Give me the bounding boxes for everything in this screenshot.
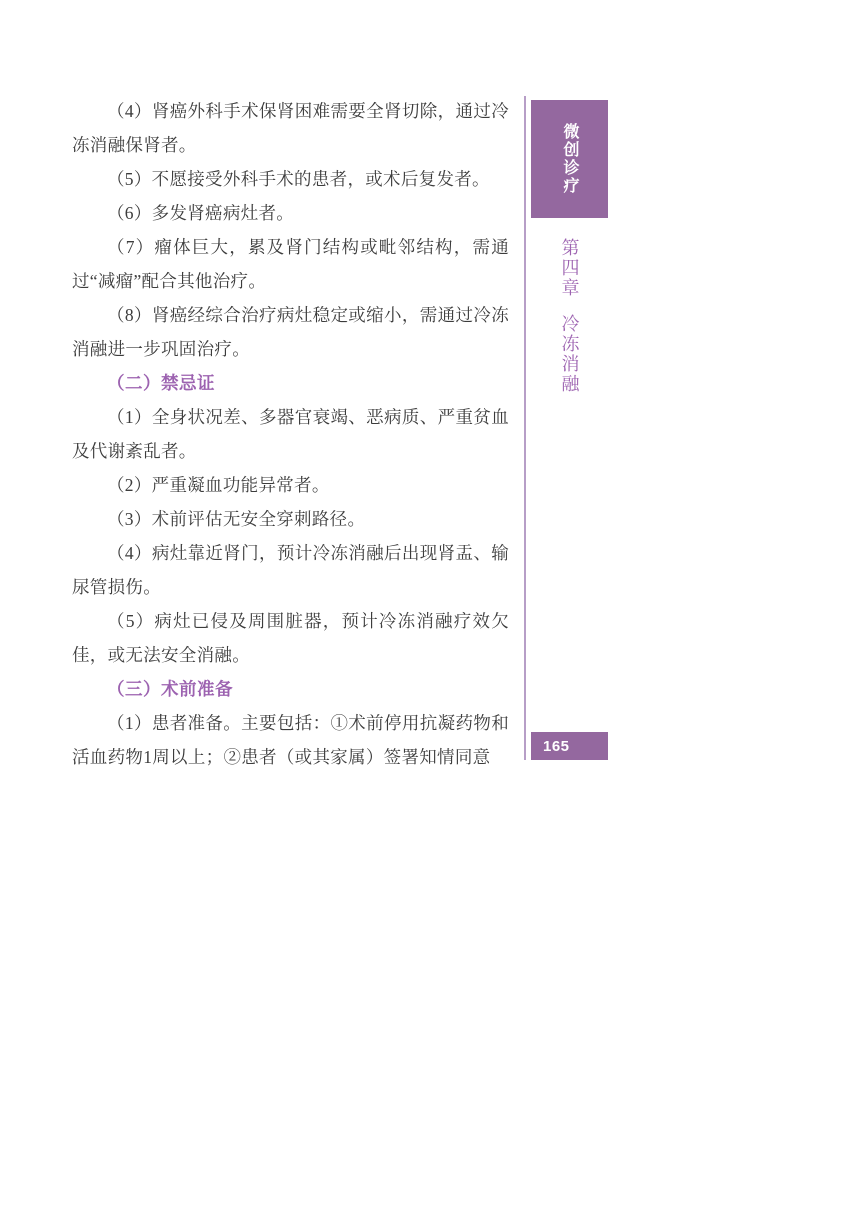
book-title-tab: 微创诊疗 bbox=[531, 100, 608, 218]
paragraph-indication-8: （8）肾癌经综合治疗病灶稳定或缩小，需通过冷冻消融进一步巩固治疗。 bbox=[72, 298, 509, 366]
chapter-title-label: 冷冻消融 bbox=[557, 314, 583, 394]
section-heading-preoperative-preparation: （三）术前准备 bbox=[72, 672, 509, 706]
paragraph-indication-7: （7）瘤体巨大，累及肾门结构或毗邻结构，需通过“减瘤”配合其他治疗。 bbox=[72, 230, 509, 298]
paragraph-indication-6: （6）多发肾癌病灶者。 bbox=[72, 196, 509, 230]
paragraph-preparation-1: （1）患者准备。主要包括：①术前停用抗凝药物和活血药物1周以上；②患者（或其家属… bbox=[72, 706, 509, 774]
paragraph-contraindication-1: （1）全身状况差、多器官衰竭、恶病质、严重贫血及代谢紊乱者。 bbox=[72, 400, 509, 468]
page-number: 165 bbox=[543, 738, 570, 755]
book-title-vertical-label: 微创诊疗 bbox=[558, 123, 581, 195]
paragraph-contraindication-3: （3）术前评估无安全穿刺路径。 bbox=[72, 502, 509, 536]
main-text-column: （4）肾癌外科手术保肾困难需要全肾切除，通过冷冻消融保肾者。 （5）不愿接受外科… bbox=[72, 94, 509, 774]
page-number-badge: 165 bbox=[531, 732, 608, 760]
paragraph-indication-5: （5）不愿接受外科手术的患者，或术后复发者。 bbox=[72, 162, 509, 196]
sidebar-rule bbox=[524, 96, 526, 760]
paragraph-contraindication-5: （5）病灶已侵及周围脏器，预计冷冻消融疗效欠佳，或无法安全消融。 bbox=[72, 604, 509, 672]
paragraph-indication-4: （4）肾癌外科手术保肾困难需要全肾切除，通过冷冻消融保肾者。 bbox=[72, 94, 509, 162]
paragraph-contraindication-4: （4）病灶靠近肾门，预计冷冻消融后出现肾盂、输尿管损伤。 bbox=[72, 536, 509, 604]
chapter-marker: 第四章 冷冻消融 bbox=[531, 238, 608, 394]
section-heading-contraindications: （二）禁忌证 bbox=[72, 366, 509, 400]
paragraph-contraindication-2: （2）严重凝血功能异常者。 bbox=[72, 468, 509, 502]
chapter-number-label: 第四章 bbox=[557, 238, 583, 298]
book-page: （4）肾癌外科手术保肾困难需要全肾切除，通过冷冻消融保肾者。 （5）不愿接受外科… bbox=[0, 0, 867, 1218]
